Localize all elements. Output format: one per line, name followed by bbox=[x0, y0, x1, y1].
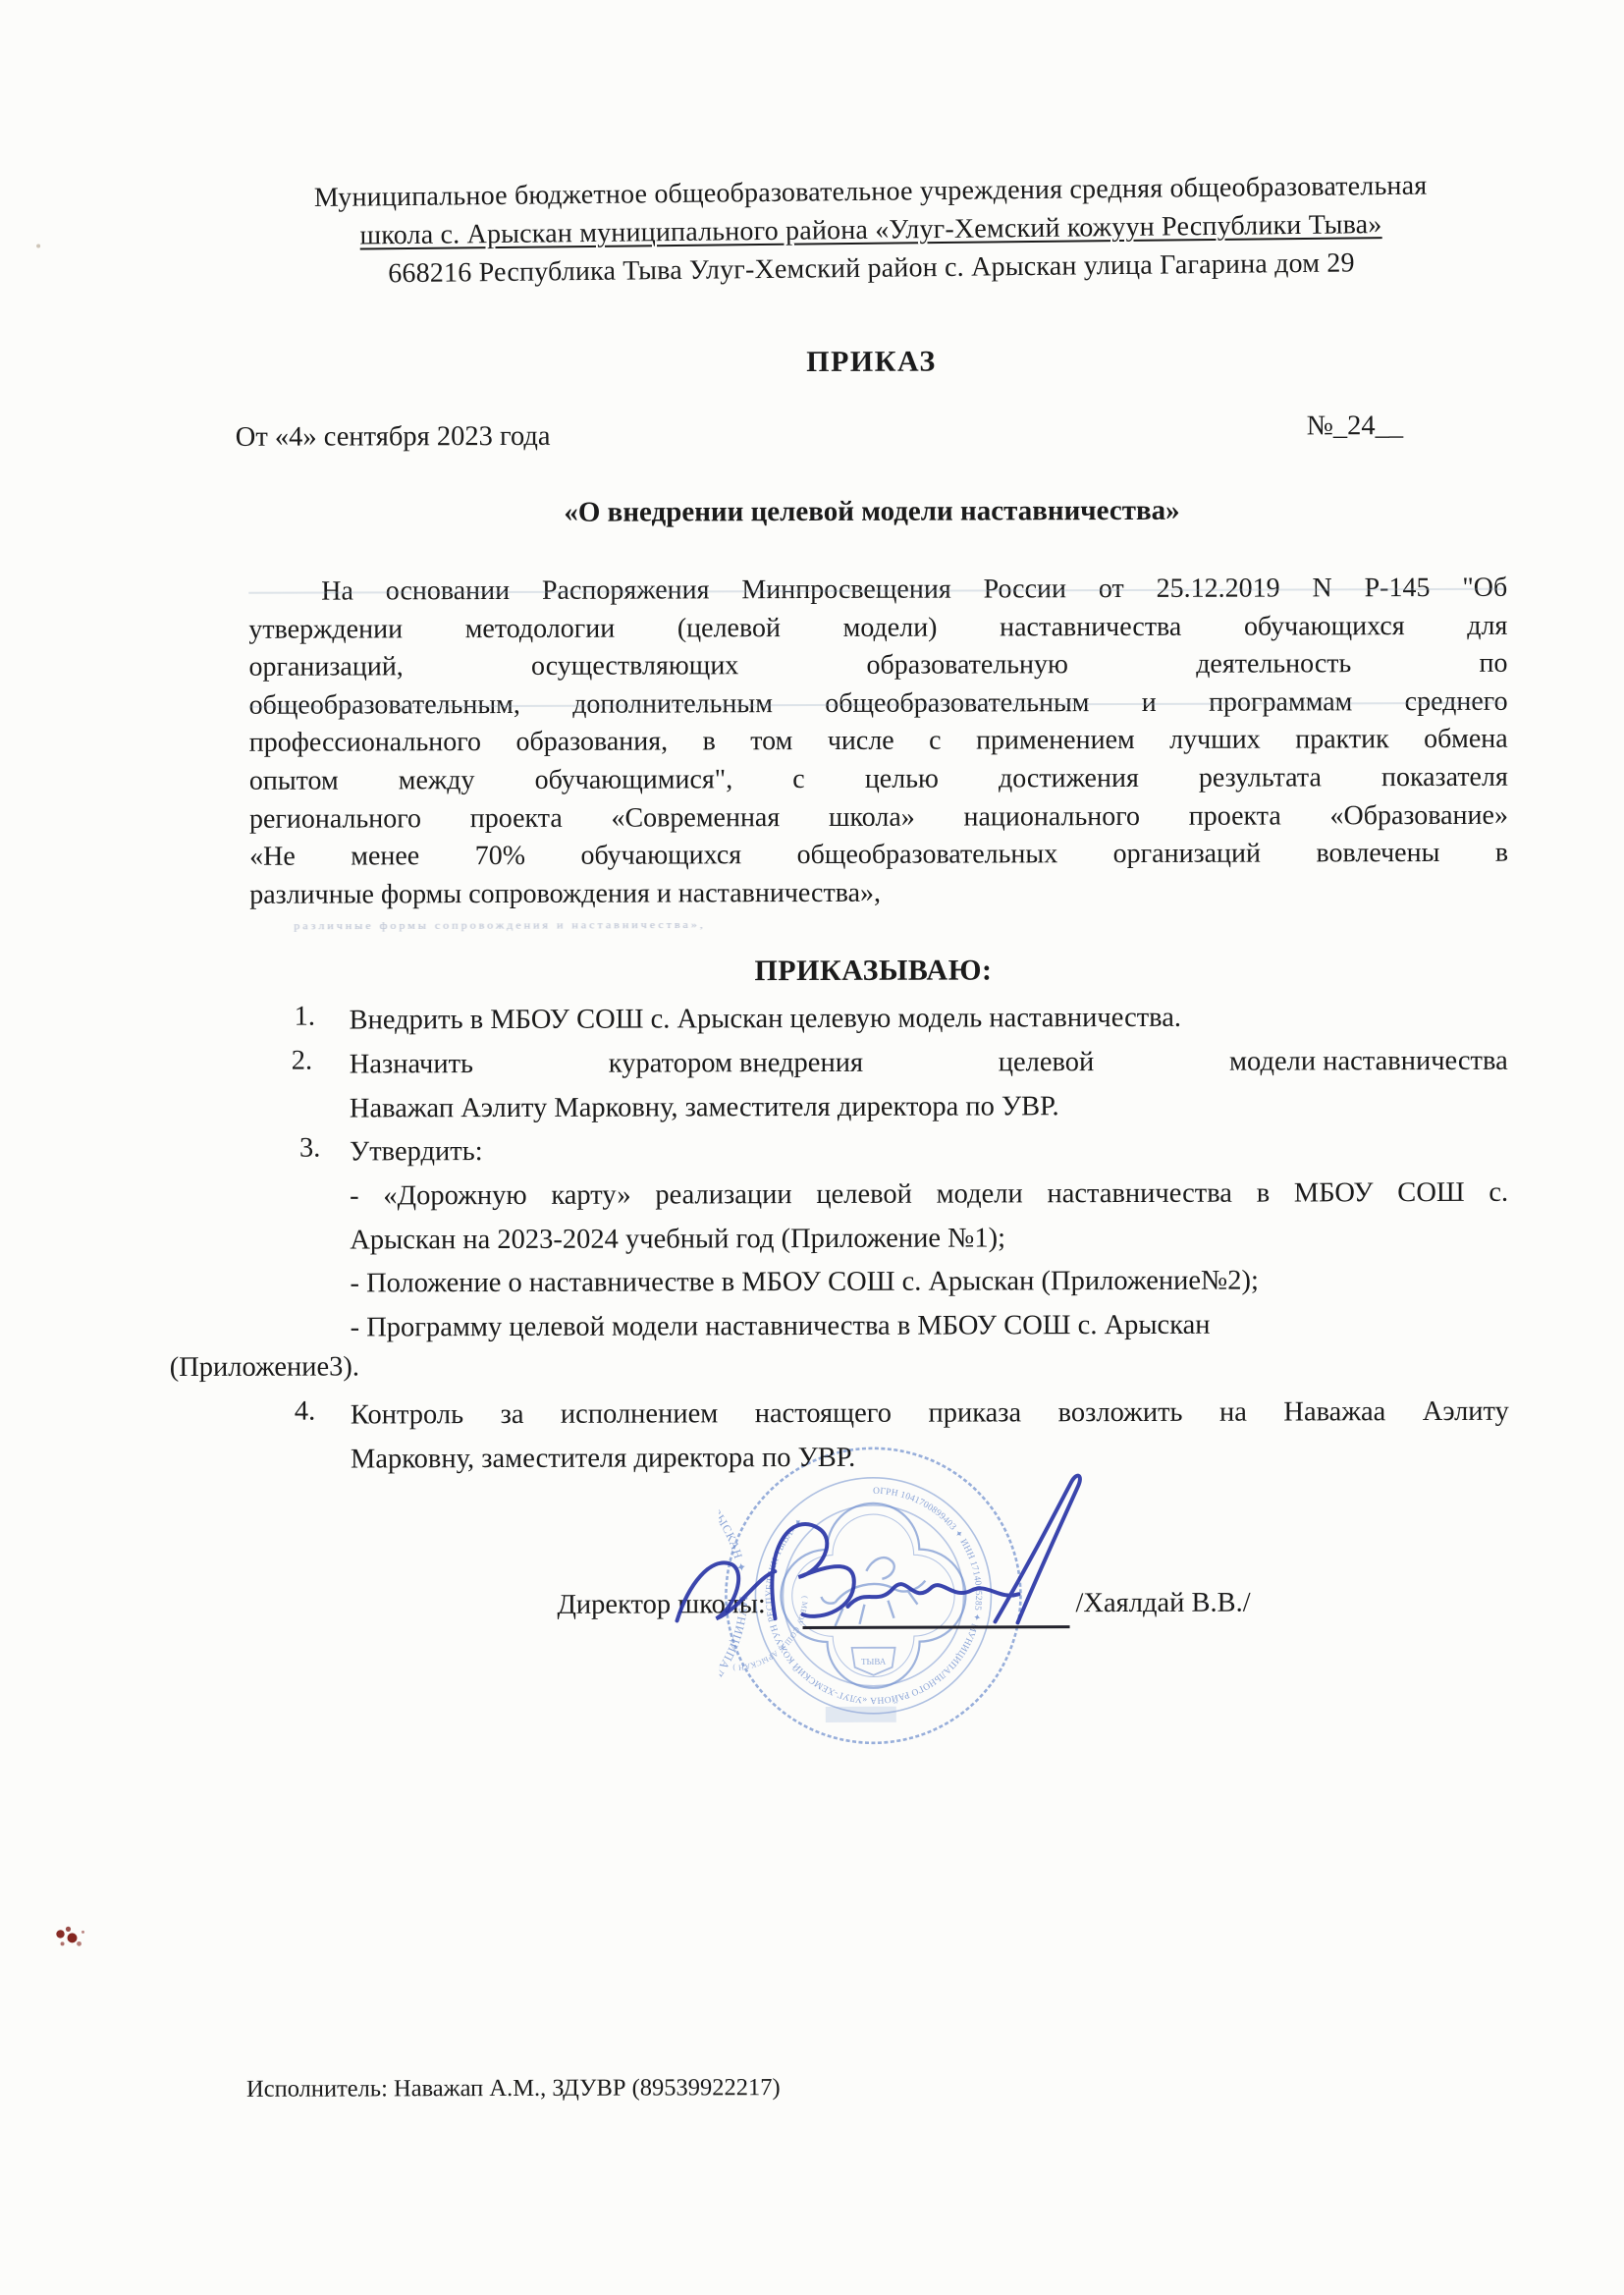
list-item-2-line-2: Наважап Аэлиту Марковну, заместителя дир… bbox=[350, 1086, 1508, 1129]
order-number: №_24__ bbox=[1307, 410, 1404, 442]
list-item-3-sub-4: - Программу целевой модели наставничеств… bbox=[351, 1305, 1509, 1348]
stamp-smudge bbox=[826, 1707, 896, 1722]
paragraph-line: опытом между обучающимися", с целью дост… bbox=[249, 759, 1508, 801]
paragraph-line: различные формы сопровождения и наставни… bbox=[249, 873, 1508, 915]
paragraph-line: утверждении методологии (целевой модели)… bbox=[248, 607, 1507, 649]
list-item-2-segment: куратором внедрения bbox=[609, 1044, 863, 1084]
stamp-center-label: ТЫВА bbox=[861, 1657, 887, 1667]
paragraph-line: «Не менее 70% обучающихся общеобразовате… bbox=[249, 835, 1508, 877]
list-item-3-outdent: (Приложение3). bbox=[170, 1351, 359, 1384]
signature-scribble bbox=[639, 1428, 1111, 1641]
paragraph-line: профессионального образования, в том чис… bbox=[249, 721, 1508, 763]
scanned-order-page: Муниципальное бюджетное общеобразователь… bbox=[0, 0, 1624, 2295]
ink-blot bbox=[51, 1921, 90, 1956]
preamble-paragraph: На основании Распоряжения Минпросвещения… bbox=[248, 570, 1508, 914]
order-title: ПРИКАЗ bbox=[121, 343, 1621, 381]
list-item-2-line-1: Назначить куратором внедрения целевой мо… bbox=[350, 1042, 1508, 1085]
order-subject: «О внедрении целевой модели наставничест… bbox=[122, 493, 1622, 530]
letterhead: Муниципальное бюджетное общеобразователь… bbox=[120, 164, 1621, 296]
list-item-1-text: Внедрить в МБОУ СОШ с. Арыскан целевую м… bbox=[350, 998, 1508, 1041]
list-item-3-sub-3: - Положение о наставничестве в МБОУ СОШ … bbox=[350, 1261, 1508, 1304]
order-date: От «4» сентября 2023 года bbox=[236, 421, 551, 454]
list-item-2-segment: Назначить bbox=[350, 1045, 473, 1084]
resolution-heading: ПРИКАЗЫВАЮ: bbox=[123, 952, 1623, 990]
scan-speck bbox=[36, 244, 40, 247]
list-item-2-number: 2. bbox=[292, 1046, 312, 1077]
list-item-3-sub-2: Арыскан на 2023-2024 учебный год (Прилож… bbox=[350, 1218, 1508, 1261]
list-item-3-text: Утвердить: bbox=[350, 1129, 1508, 1173]
list-item-1-number: 1. bbox=[295, 1002, 315, 1033]
list-item-2-segment: модели наставничества bbox=[1229, 1042, 1508, 1082]
list-item-3-number: 3. bbox=[299, 1133, 320, 1165]
list-item-3-sub-1: - «Дорожную карту» реализации целевой мо… bbox=[350, 1174, 1508, 1217]
paragraph-line: организаций, осуществляющих образователь… bbox=[248, 645, 1507, 687]
list-item-2-segment: целевой bbox=[999, 1043, 1095, 1082]
executor-note: Исполнитель: Наважап А.М., ЗДУВР (895399… bbox=[246, 2074, 781, 2104]
document-body: Муниципальное бюджетное общеобразователь… bbox=[0, 0, 1624, 2295]
list-item-4-number: 4. bbox=[295, 1396, 315, 1428]
paragraph-line: регионального проекта «Современная школа… bbox=[249, 796, 1508, 839]
print-ghost-echo: различные формы сопровождения и наставни… bbox=[294, 918, 991, 933]
